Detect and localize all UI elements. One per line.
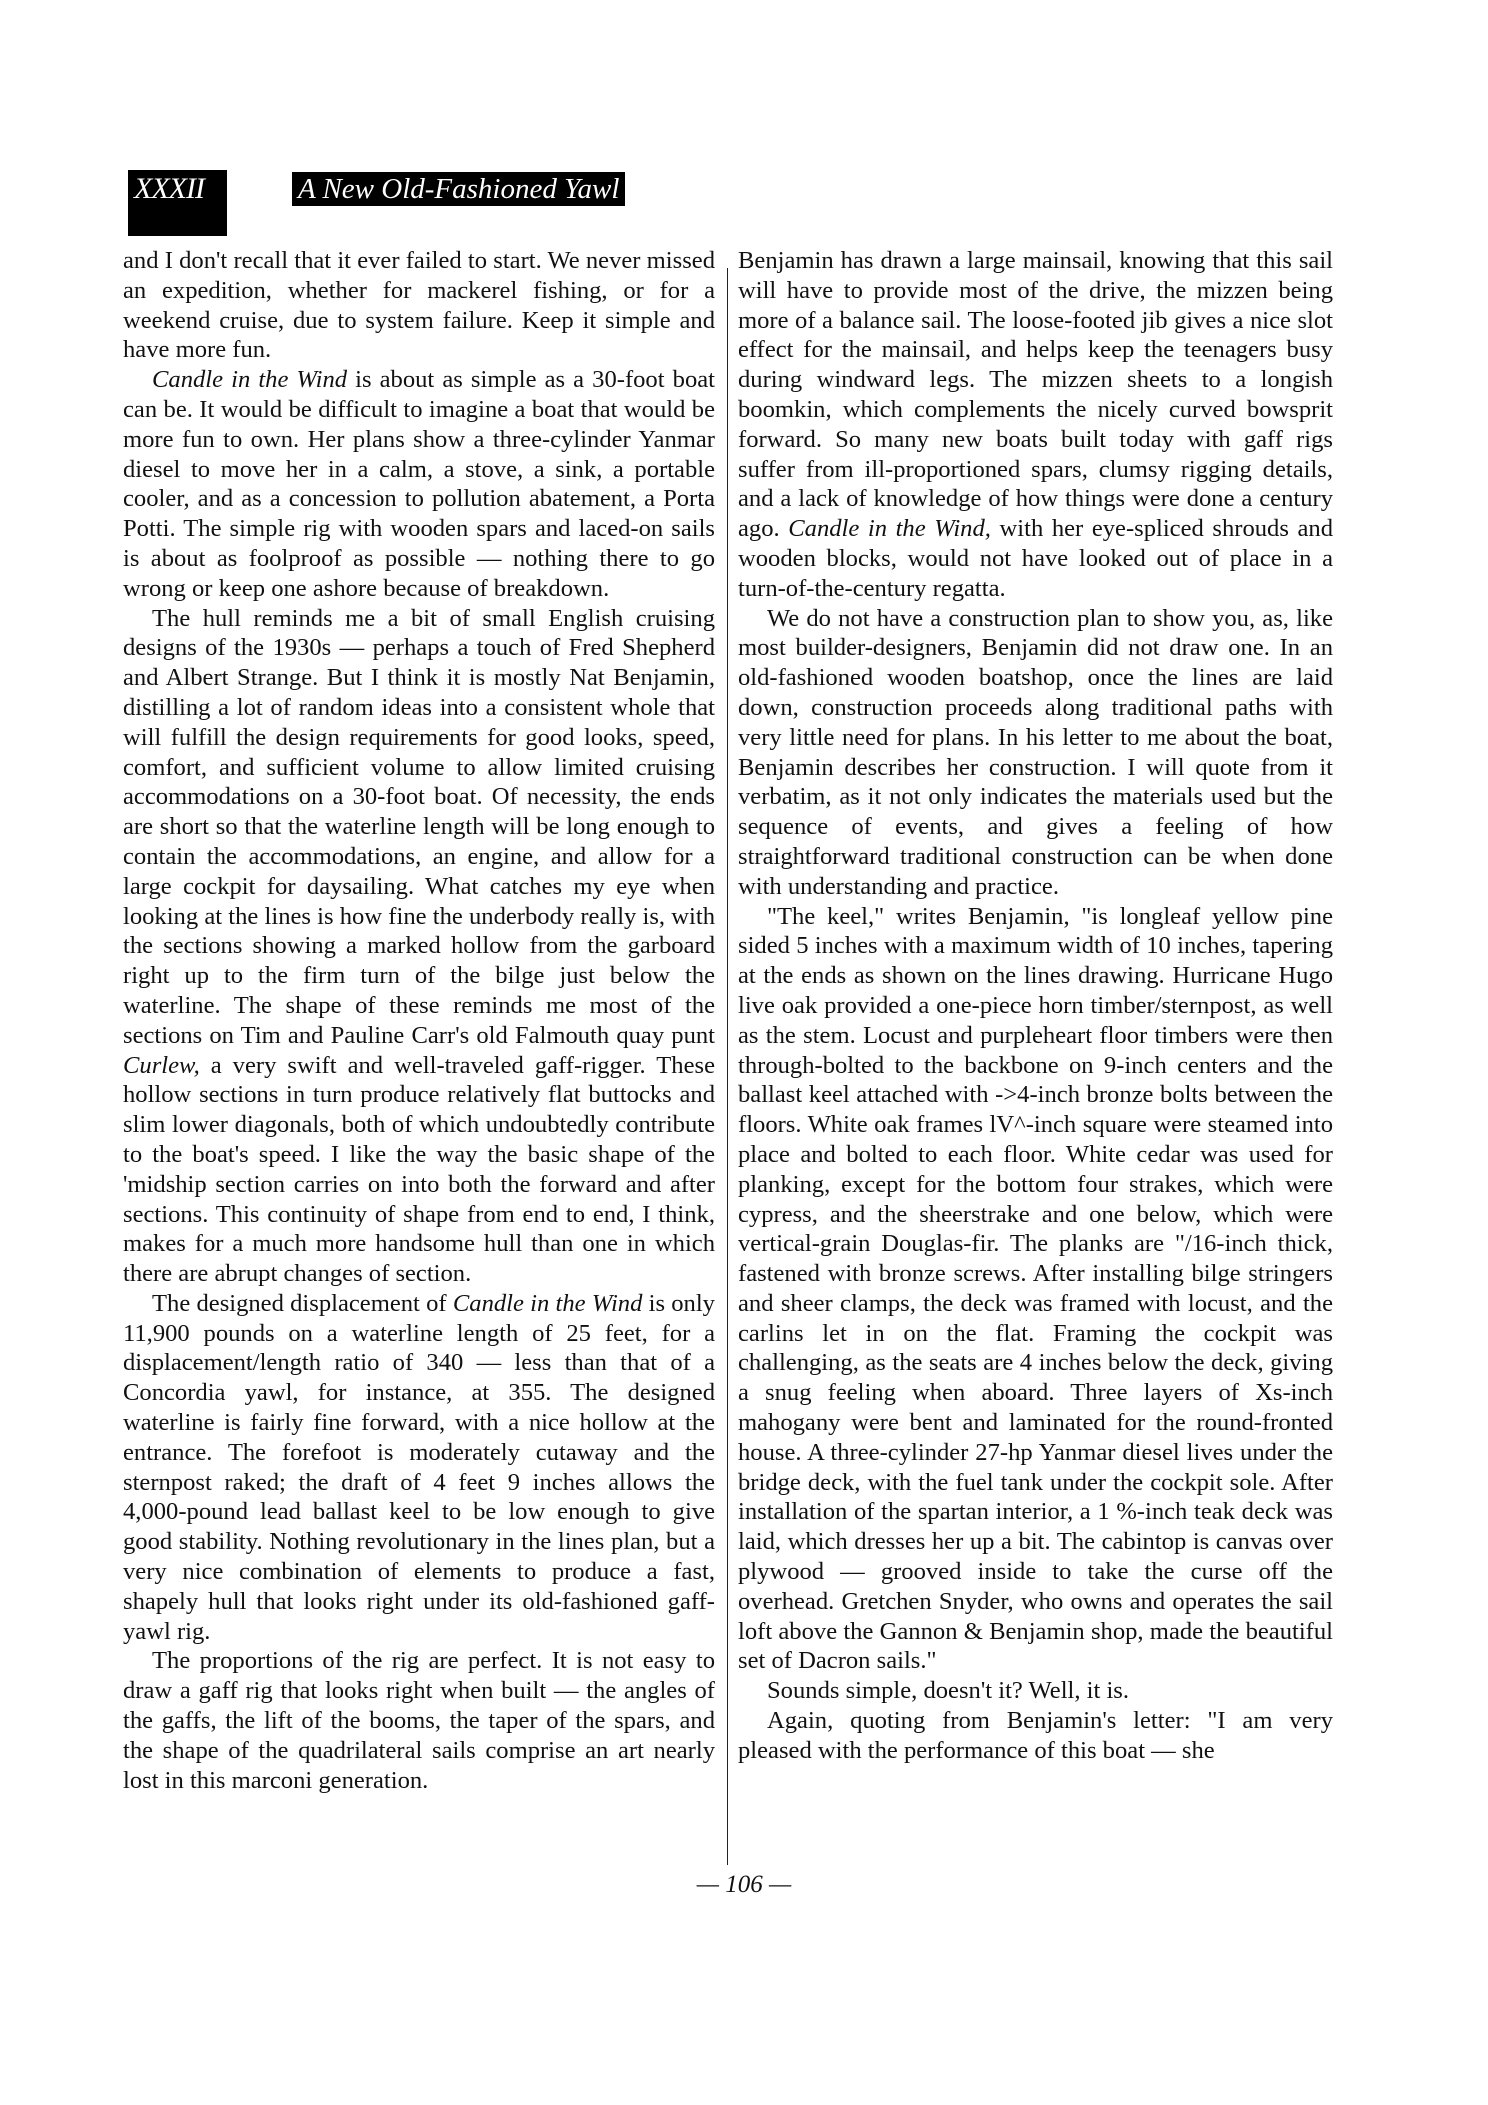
paragraph-text: is only 11,900 pounds on a waterline len…	[123, 1290, 715, 1645]
paragraph: The proportions of the rig are perfect. …	[123, 1646, 715, 1795]
boat-name: Candle in the Wind,	[788, 515, 991, 542]
paragraph: Sounds simple, doesn't it? Well, it is.	[738, 1676, 1333, 1706]
paragraph-text: The designed displacement of	[152, 1290, 453, 1317]
paragraph: The hull reminds me a bit of small Engli…	[123, 604, 715, 1289]
boat-name: Candle in the Wind	[453, 1290, 643, 1317]
paragraph-text: Benjamin has drawn a large mainsail, kno…	[738, 247, 1333, 542]
paragraph-text: We do not have a construction plan to sh…	[738, 605, 1333, 900]
chapter-title: A New Old-Fashioned Yawl	[298, 173, 619, 205]
paragraph-text: The hull reminds me a bit of small Engli…	[123, 605, 715, 1049]
chapter-number: XXXII	[134, 172, 204, 206]
paragraph: The designed displacement of Candle in t…	[123, 1289, 715, 1647]
paragraph-text: is about as simple as a 30-foot boat can…	[123, 366, 715, 602]
paragraph: We do not have a construction plan to sh…	[738, 604, 1333, 902]
paragraph-text: Sounds simple, doesn't it? Well, it is.	[767, 1677, 1129, 1704]
paragraph: Candle in the Wind is about as simple as…	[123, 365, 715, 603]
column-divider	[727, 268, 728, 1865]
left-column: and I don't recall that it ever failed t…	[123, 246, 715, 1795]
paragraph-text: "The keel," writes Benjamin, "is longlea…	[738, 903, 1333, 1675]
paragraph: "The keel," writes Benjamin, "is longlea…	[738, 902, 1333, 1677]
right-column: Benjamin has drawn a large mainsail, kno…	[738, 246, 1333, 1766]
boat-name: Candle in the Wind	[152, 366, 347, 393]
chapter-title-box: A New Old-Fashioned Yawl	[292, 172, 625, 206]
boat-name: Curlew,	[123, 1052, 200, 1079]
paragraph-text: a very swift and well-traveled gaff-rigg…	[123, 1052, 715, 1288]
paragraph-text: Again, quoting from Benjamin's letter: "…	[738, 1707, 1333, 1764]
paragraph: Benjamin has drawn a large mainsail, kno…	[738, 246, 1333, 604]
paragraph: Again, quoting from Benjamin's letter: "…	[738, 1706, 1333, 1766]
paragraph: and I don't recall that it ever failed t…	[123, 246, 715, 365]
paragraph-text: The proportions of the rig are perfect. …	[123, 1647, 715, 1793]
page-number: — 106 —	[0, 1870, 1488, 1900]
chapter-number-box: XXXII	[128, 170, 227, 236]
paragraph-text: and I don't recall that it ever failed t…	[123, 247, 715, 363]
